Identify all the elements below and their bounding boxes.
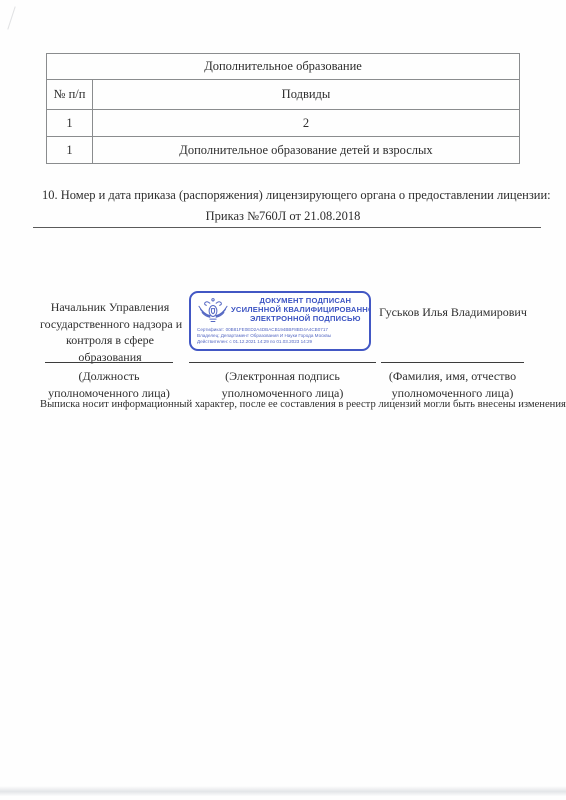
scan-artifact-corner bbox=[7, 6, 15, 29]
order-clause-label: 10. Номер и дата приказа (распоряжения) … bbox=[42, 188, 534, 203]
position-signature-line bbox=[45, 362, 173, 363]
order-underline bbox=[33, 227, 541, 228]
stamp-certificate-details: Сертификат: 00B81FE0ED2A4DBACB194BBF8BD4… bbox=[197, 327, 365, 346]
russian-coat-of-arms-icon bbox=[195, 297, 231, 325]
order-number-value: Приказ №760Л от 21.08.2018 bbox=[42, 209, 524, 224]
signer-full-name: Гуськов Илья Владимирович bbox=[378, 305, 528, 320]
table-title-cell: Дополнительное образование bbox=[47, 54, 520, 80]
name-caption: (Фамилия, имя, отчество уполномоченного … bbox=[381, 368, 524, 402]
table-header-num: № п/п bbox=[47, 80, 93, 110]
table-cell-num: 1 bbox=[47, 110, 93, 137]
table-cell-value: Дополнительное образование детей и взрос… bbox=[93, 137, 520, 164]
stamp-title-text: ДОКУМЕНТ ПОДПИСАН УСИЛЕННОЙ КВАЛИФИЦИРОВ… bbox=[231, 296, 371, 323]
scan-artifact-page-edge bbox=[0, 786, 566, 796]
table-cell-num: 1 bbox=[47, 137, 93, 164]
table-cell-value: 2 bbox=[93, 110, 520, 137]
esignature-line bbox=[189, 362, 376, 363]
signer-position-text: Начальник Управления государственного на… bbox=[40, 299, 180, 365]
table-header-subtypes: Подвиды bbox=[93, 80, 520, 110]
table-row: 1 2 bbox=[47, 110, 520, 137]
electronic-signature-stamp: ДОКУМЕНТ ПОДПИСАН УСИЛЕННОЙ КВАЛИФИЦИРОВ… bbox=[189, 291, 371, 351]
table-row: 1 Дополнительное образование детей и взр… bbox=[47, 137, 520, 164]
table-row: Дополнительное образование bbox=[47, 54, 520, 80]
table-row: № п/п Подвиды bbox=[47, 80, 520, 110]
additional-education-table: Дополнительное образование № п/п Подвиды… bbox=[46, 53, 520, 164]
name-signature-line bbox=[381, 362, 524, 363]
position-caption: (Должность уполномоченного лица) bbox=[45, 368, 173, 402]
esignature-caption: (Электронная подпись уполномоченного лиц… bbox=[189, 368, 376, 402]
informational-footnote: Выписка носит информационный характер, п… bbox=[40, 399, 528, 410]
stamp-validity-line: Действителен: с 01.12.2021 14:29 по 01.0… bbox=[197, 339, 365, 345]
